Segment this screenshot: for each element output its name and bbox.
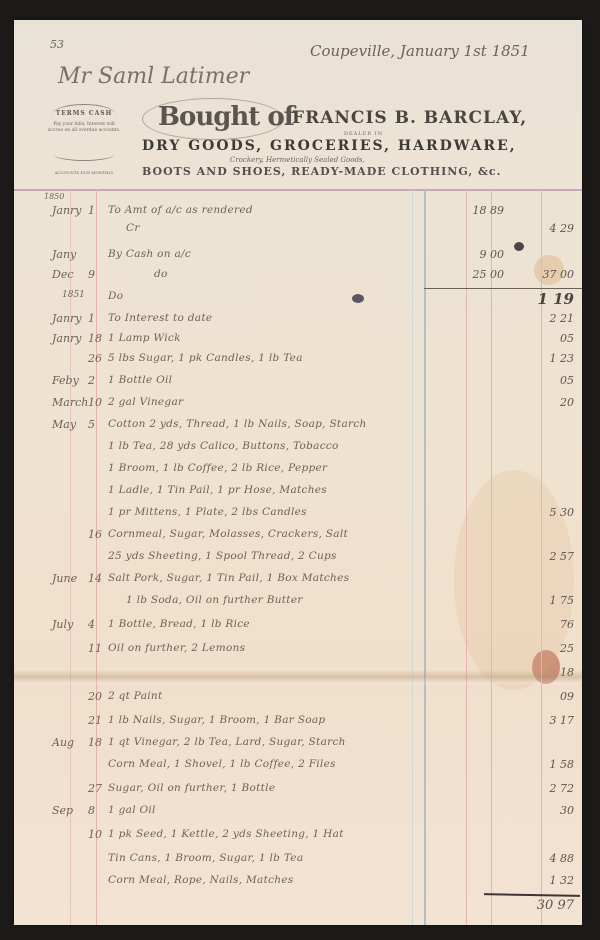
terms-heading: TERMS CASH bbox=[42, 110, 126, 117]
merchant-name: FRANCIS B. BARCLAY, bbox=[292, 108, 527, 128]
ledger-row: Aug181 qt Vinegar, 2 lb Tea, Lard, Sugar… bbox=[14, 736, 582, 758]
ledger-total: 30 97 bbox=[514, 898, 574, 913]
goods-line-2: Crockery, Hermetically Sealed Goods, bbox=[230, 156, 365, 164]
terms-text: Pay your bills; Interest will accrue on … bbox=[46, 122, 122, 134]
ledger-row: Dec9do25 0037 00 bbox=[14, 268, 582, 290]
ledger-row: 1 pr Mittens, 1 Plate, 2 lbs Candles5 30 bbox=[14, 506, 582, 528]
ledger-row: 1 Broom, 1 lb Coffee, 2 lb Rice, Pepper bbox=[14, 462, 582, 484]
ledger-row: Janry181 Lamp Wick05 bbox=[14, 332, 582, 354]
header-rule bbox=[14, 189, 582, 191]
ledger-row: Cr4 29 bbox=[14, 222, 582, 244]
page-corner-mark: 53 bbox=[50, 38, 64, 51]
ledger-row: Janry1To Interest to date2 21 bbox=[14, 312, 582, 334]
goods-line-1: DRY GOODS, GROCERIES, HARDWARE, bbox=[142, 138, 517, 154]
ledger-row: Feby21 Bottle Oil05 bbox=[14, 374, 582, 396]
ledger-row: July41 Bottle, Bread, 1 lb Rice76 bbox=[14, 618, 582, 640]
ledger-row: 16Cornmeal, Sugar, Molasses, Crackers, S… bbox=[14, 528, 582, 550]
ledger-row: June14Salt Pork, Sugar, 1 Tin Pail, 1 Bo… bbox=[14, 572, 582, 594]
ledger-row: Sep81 gal Oil30 bbox=[14, 804, 582, 826]
goods-line-3: BOOTS AND SHOES, READY-MADE CLOTHING, &c… bbox=[142, 165, 501, 178]
addressee: Mr Saml Latimer bbox=[58, 64, 249, 89]
ledger-row: 25 yds Sheeting, 1 Spool Thread, 2 Cups2… bbox=[14, 550, 582, 572]
ledger-row: Corn Meal, 1 Shovel, 1 lb Coffee, 2 File… bbox=[14, 758, 582, 780]
ledger-row: Tin Cans, 1 Broom, Sugar, 1 lb Tea4 88 bbox=[14, 852, 582, 874]
ledger-row: 1851Do1 19 bbox=[14, 290, 582, 312]
bill-paper: 53 Coupeville, January 1st 1851 Mr Saml … bbox=[14, 20, 582, 925]
ledger-row: 1 Ladle, 1 Tin Pail, 1 pr Hose, Matches bbox=[14, 484, 582, 506]
ledger-row: 101 pk Seed, 1 Kettle, 2 yds Sheeting, 1… bbox=[14, 828, 582, 850]
dealer-in: DEALER IN bbox=[344, 131, 383, 137]
bought-of-label: Bought of bbox=[158, 102, 294, 132]
ledger-total-row: 30 97 bbox=[14, 898, 582, 920]
date-line: Coupeville, January 1st 1851 bbox=[310, 42, 530, 60]
ledger-row: 27Sugar, Oil on further, 1 Bottle2 72 bbox=[14, 782, 582, 804]
year-marker: 1850 bbox=[44, 192, 64, 201]
ledger-row: 265 lbs Sugar, 1 pk Candles, 1 lb Tea1 2… bbox=[14, 352, 582, 374]
ledger-row: 11Oil on further, 2 Lemons25 bbox=[14, 642, 582, 664]
ledger-row: JanyBy Cash on a/c9 00 bbox=[14, 248, 582, 270]
ledger-body: Janry1To Amt of a/c as rendered18 89 Cr4… bbox=[14, 204, 582, 925]
ledger-row: 211 lb Nails, Sugar, 1 Broom, 1 Bar Soap… bbox=[14, 714, 582, 736]
terms-footer: ACCOUNTS DUE MONTHLY bbox=[42, 170, 126, 175]
ledger-row: Corn Meal, Rope, Nails, Matches1 32 bbox=[14, 874, 582, 896]
terms-cartouche: TERMS CASH Pay your bills; Interest will… bbox=[42, 104, 126, 184]
ledger-row: 18 bbox=[14, 666, 582, 688]
ledger-row: 1 lb Tea, 28 yds Calico, Buttons, Tobacc… bbox=[14, 440, 582, 462]
ledger-row: 1 lb Soda, Oil on further Butter1 75 bbox=[14, 594, 582, 616]
ledger-row: May5Cotton 2 yds, Thread, 1 lb Nails, So… bbox=[14, 418, 582, 440]
ledger-row: March102 gal Vinegar20 bbox=[14, 396, 582, 418]
ledger-row: 202 qt Paint09 bbox=[14, 690, 582, 712]
